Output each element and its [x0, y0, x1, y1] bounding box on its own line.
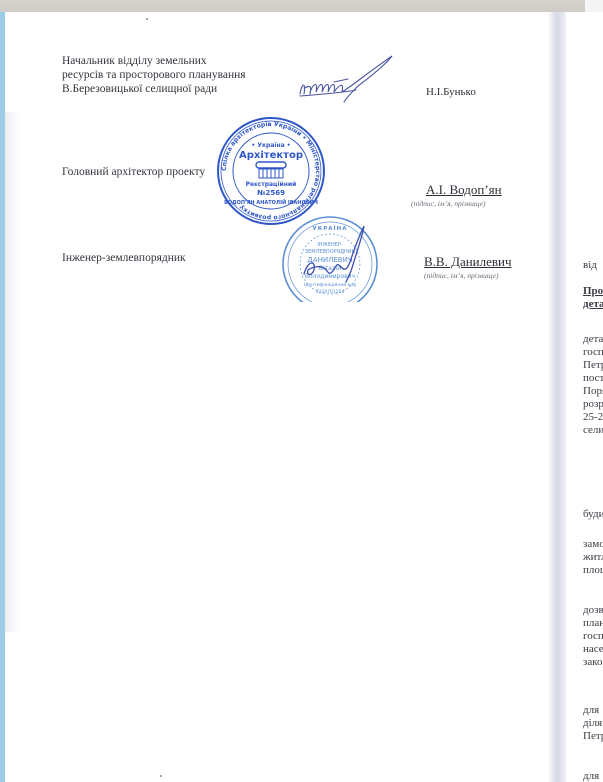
page-gutter — [473, 12, 573, 782]
architect-stamp: Спілка архітекторів України • Міністерст… — [216, 116, 326, 226]
engineer-stamp: УКРАЇНА ІНЖЕНЕР- ЗЕМЛЕВПОРЯДНИК ДАНИЛЕВИ… — [274, 216, 386, 302]
fragment: для — [583, 704, 599, 717]
fragment: 25-2 — [583, 411, 603, 424]
fragment: житл — [583, 551, 603, 564]
fragment: буди — [583, 508, 603, 521]
handwritten-signature-bunko — [296, 52, 396, 104]
fragment: план — [583, 617, 603, 630]
fragment: сели — [583, 424, 603, 437]
scan-speck — [160, 775, 162, 777]
page-shadow — [5, 112, 19, 632]
fragment: замо — [583, 538, 603, 551]
fragment: дета — [583, 333, 603, 346]
svg-text:ІНЖЕНЕР-: ІНЖЕНЕР- — [317, 242, 343, 248]
fragment: насе — [583, 643, 603, 656]
position-line: Інженер-землевпорядник — [62, 252, 186, 266]
position-line: Начальник відділу земельних — [62, 55, 207, 69]
fragment: для — [583, 770, 599, 782]
svg-text:ДАНИЛЕВИЧ: ДАНИЛЕВИЧ — [307, 256, 352, 264]
fragment: діля — [583, 717, 602, 730]
fragment: дозв — [583, 604, 603, 617]
fragment: Про — [583, 285, 603, 298]
fragment: Поря — [583, 385, 603, 398]
svg-text:№2569: №2569 — [257, 189, 285, 197]
fragment: від — [583, 259, 597, 272]
position-line: ресурсів та просторового планування — [62, 69, 246, 83]
book-fold-shadow — [548, 12, 566, 782]
scan-speck — [146, 18, 148, 20]
signature-caption: (підпис, ім’я, прізвище) — [424, 271, 499, 280]
svg-text:Архітектор: Архітектор — [239, 150, 303, 161]
svg-text:• Україна •: • Україна • — [251, 142, 290, 149]
fragment: госп — [583, 630, 603, 643]
fragment: дета — [583, 298, 603, 311]
svg-text:Реєстраційний: Реєстраційний — [246, 181, 297, 188]
svg-text:УКРАЇНА: УКРАЇНА — [313, 225, 348, 232]
adjacent-page: від Про дета дета госп Петр пост Поря ро… — [573, 12, 603, 782]
svg-text:Ідентифікаційний код: Ідентифікаційний код — [304, 281, 356, 288]
signatory-name: В.В. Данилевич — [424, 254, 512, 270]
fragment: госп — [583, 346, 603, 359]
fragment: Петр — [583, 359, 603, 372]
position-line: В.Березовицької селищної ради — [62, 83, 217, 97]
fragment: площ — [583, 564, 603, 577]
fragment: Петр — [583, 730, 603, 743]
svg-text:3234701254: 3234701254 — [316, 289, 345, 295]
fragment: пост — [583, 372, 603, 385]
fragment: розр — [583, 398, 603, 411]
signature-caption: (підпис, ім’я, прізвище) — [411, 199, 486, 208]
svg-text:Віталій: Віталій — [319, 265, 341, 272]
adjacent-page-corner — [585, 0, 603, 12]
signatory-name: А.І. Водоп’ян — [426, 182, 502, 198]
svg-text:ВОДОП'ЯН АНАТОЛІЙ ІВАНОВИЧ: ВОДОП'ЯН АНАТОЛІЙ ІВАНОВИЧ — [224, 198, 318, 206]
signatory-name: Н.І.Бунько — [426, 86, 476, 100]
position-line: Головний архітектор проекту — [62, 166, 205, 180]
fragment: зако — [583, 656, 603, 669]
svg-text:ЗЕМЛЕВПОРЯДНИК: ЗЕМЛЕВПОРЯДНИК — [305, 249, 356, 255]
